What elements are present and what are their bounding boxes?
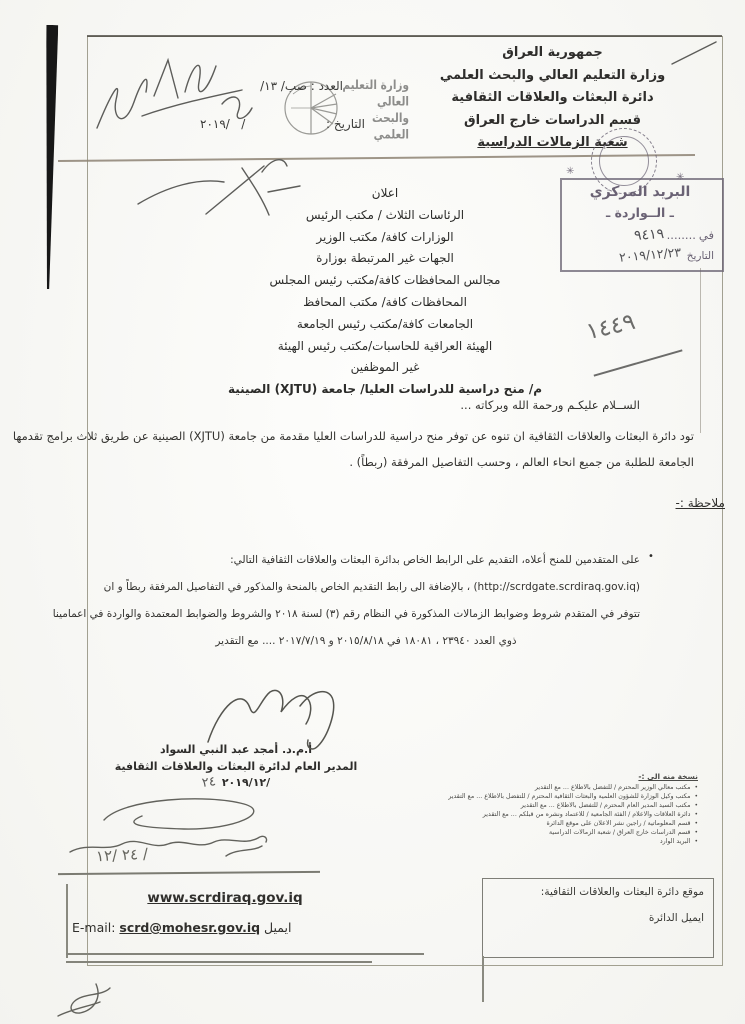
cc-item-text: قسم الدراسات خارج العراق / شعبة الزمالات… (549, 828, 690, 837)
note-label-text: ملاحظة :- (676, 496, 725, 510)
footer-dept-email-label: ايميل الدائرة (492, 912, 704, 924)
cc-item: •دائرة العلاقات والاعلام / الفئة الجامعي… (446, 810, 698, 819)
body-line: تود دائرة البعثات والعلاقات الثقافية ان … (72, 423, 694, 449)
footer-rule-1 (66, 953, 424, 955)
addressee-line: مجالس المحافظات كافة/مكتب رئيس المجلس (150, 270, 620, 292)
footer-email-address: scrd@mohesr.gov.iq (119, 920, 260, 935)
addressee-line: الرئاسات الثلاث / مكتب الرئيس (150, 205, 620, 227)
body-paragraph: تود دائرة البعثات والعلاقات الثقافية ان … (72, 423, 694, 475)
note-line: (http://scrdgate.scrdiraq.gov.iq) ، بالإ… (92, 574, 640, 601)
scan-artifact-bar (42, 25, 59, 289)
addressee-list: اعلان الرئاسات الثلاث / مكتب الرئيس الوز… (150, 183, 620, 401)
cc-item: •البريد الوارد (446, 837, 698, 846)
stamp-number-prefix: في (699, 228, 714, 242)
cc-item: •قسم المعلوماتية / راجين نشر الاعلان على… (446, 819, 698, 828)
letterhead-country: جمهورية العراق (390, 42, 715, 65)
signer-name: أ.م.د. أمجد عبد النبي السواد (105, 742, 367, 759)
page-border-top-line (87, 35, 722, 37)
footer-website-url: www.scrdiraq.gov.iq (100, 890, 350, 906)
addressee-line: الجهات غير المرتبطة بوزارة (150, 248, 620, 270)
bullet-icon: • (694, 801, 698, 810)
bullet-icon: • (694, 792, 698, 801)
note-label: ملاحظة :- (645, 496, 725, 510)
email-suffix-arabic: ايميل (264, 920, 291, 935)
scanned-letter-page: وزارة التعليم العالي والبحث العلمي جمهور… (0, 0, 745, 1024)
date-line: التاريخ : / /٢٠١٩ (200, 117, 365, 131)
cc-item-text: دائرة العلاقات والاعلام / الفئة الجامعية… (483, 810, 691, 819)
letterhead-department: دائرة البعثات والعلاقات الثقافية (390, 87, 715, 110)
footer-email-line: E-mail: scrd@mohesr.gov.iq ايميل (72, 920, 412, 935)
cc-item: •مكتب السيد المدير العام المحترم / للتفض… (446, 801, 698, 810)
ref-number-line: العدد : صب/ ١٣/ (215, 79, 343, 93)
addressee-line: الهيئة العراقية للحاسبات/مكتب رئيس الهيئ… (150, 336, 620, 358)
date-value: / /٢٠١٩ (200, 117, 245, 131)
signature-block: أ.م.د. أمجد عبد النبي السواد المدير العا… (105, 742, 367, 792)
bottom-initial-stroke (58, 984, 110, 1016)
letterhead-ministry: وزارة التعليم العالي والبحث العلمي (390, 65, 715, 88)
email-label: E-mail: (72, 920, 115, 935)
body-line: الجامعة للطلبة من جميع انحاء العالم ، وح… (72, 449, 694, 475)
addressee-line: الجامعات كافة/مكتب رئيس الجامعة (150, 314, 620, 336)
signer-title: المدير العام لدائرة البعثات والعلاقات ال… (105, 759, 367, 776)
handwritten-bottom-date: ٢٤ /١٢ / (96, 845, 149, 866)
cc-item: •مكتب معالي الوزير المحترم / للتفضل بالا… (446, 783, 698, 792)
greeting: الســلام عليكـم ورحمة الله وبركاته ... (370, 398, 640, 412)
bullet-icon: • (694, 810, 698, 819)
note-line: ذوي العدد ٢٣٩٤٠ ، ١٨٠٨١ في ٢٠١٥/٨/١٨ و ٢… (92, 628, 640, 655)
note-line: على المتقدمين للمنح أعلاه، التقديم على ا… (92, 547, 640, 574)
bullet-icon: • (694, 828, 698, 837)
signature-date: ٢٠١٩/١٢/ (222, 775, 270, 792)
cc-item-text: مكتب معالي الوزير المحترم / للتفضل بالاط… (535, 783, 691, 792)
date-label: التاريخ : (326, 117, 365, 131)
signature-day-handwritten: ٢٤ (201, 774, 217, 792)
footer-site-label: موقع دائرة البعثات والعلاقات الثقافية: (492, 886, 704, 898)
cc-item: •مكتب وكيل الوزارة للشؤون العلمية والبعث… (446, 792, 698, 801)
letterhead-section: قسم الدراسات خارج العراق (390, 110, 715, 133)
signature-date-line: ٢٠١٩/١٢/ ٢٤ (105, 775, 367, 792)
stamp-number-handwritten: ٩٤١٩ (633, 226, 664, 244)
scan-edge-line (700, 268, 701, 433)
footer-left-border (66, 884, 68, 958)
note-bullet: • (648, 551, 654, 562)
bullet-icon: • (694, 837, 698, 846)
cc-item-text: مكتب وكيل الوزارة للشؤون العلمية والبعثا… (448, 792, 690, 801)
note-line: تتوفر في المتقدم شروط وضوابط الزمالات ال… (92, 601, 640, 628)
cc-item-text: البريد الوارد (660, 837, 691, 846)
cc-item-text: قسم المعلوماتية / راجين نشر الاعلان على … (546, 819, 690, 828)
footer-rule-2 (66, 961, 372, 963)
stamp-star-icon: ✳ (566, 166, 574, 177)
addressee-line: الوزارات كافة/ مكتب الوزير (150, 227, 620, 249)
stamp-number-dots: ........ (667, 228, 696, 242)
cc-item-text: مكتب السيد المدير العام المحترم / للتفضل… (521, 801, 691, 810)
bullet-icon: • (694, 783, 698, 792)
cc-list: نسخة منه الى :- •مكتب معالي الوزير المحت… (446, 772, 698, 846)
cc-heading: نسخة منه الى :- (446, 772, 698, 781)
stamp-date-handwritten: ٢٠١٩/١٢/٢٣ (618, 244, 681, 264)
stamp-date-prefix: التاريخ (687, 250, 714, 262)
letterhead: جمهورية العراق وزارة التعليم العالي والب… (390, 42, 715, 155)
addressee-line: المحافظات كافة/ مكتب المحافظ (150, 292, 620, 314)
announcement-title: اعلان (150, 183, 620, 205)
addressee-line: غير الموظفين (150, 357, 620, 379)
cc-item: •قسم الدراسات خارج العراق / شعبة الزمالا… (446, 828, 698, 837)
note-paragraph: على المتقدمين للمنح أعلاه، التقديم على ا… (92, 547, 640, 655)
footer-divider-line (482, 956, 484, 1002)
letterhead-division: شعبة الزمالات الدراسية (390, 132, 715, 155)
bullet-icon: • (694, 819, 698, 828)
